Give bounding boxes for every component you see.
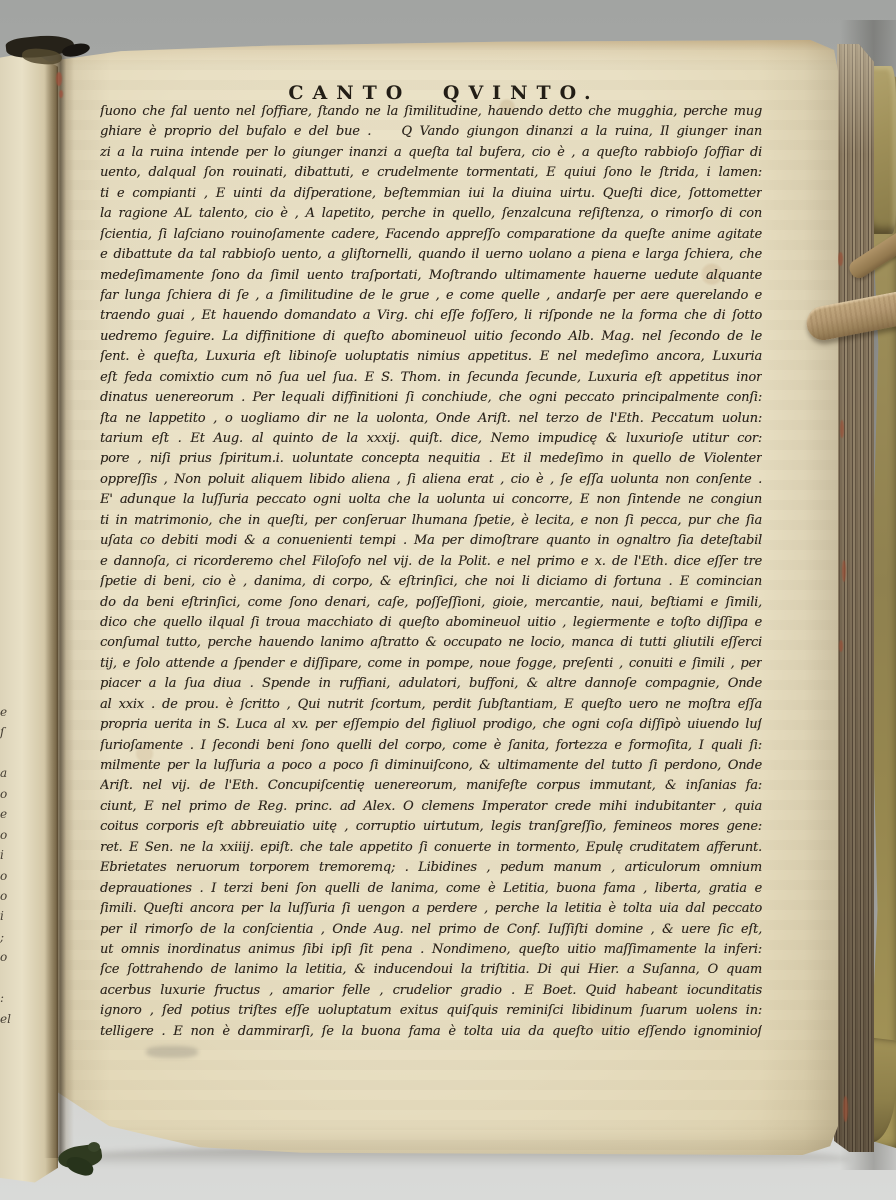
text-line: traendo guai , Et hauendo domandato a Vi… xyxy=(100,306,762,326)
edge-stain xyxy=(840,420,844,438)
text-line: e dibattute da tal rabbioſo uento, a gli… xyxy=(100,245,762,265)
text-line: pore , niſi prius ſpiritum.i. uoluntate … xyxy=(100,449,762,469)
text-line: tij, e ſolo attende a ſpender e diſſipar… xyxy=(100,654,762,674)
verso-text-fragment: o xyxy=(0,886,11,906)
text-line: uſata co debiti modi & a conuenienti tem… xyxy=(100,531,762,551)
text-line: oppreſſis , Non poluit aliquem libido al… xyxy=(100,470,762,490)
verso-text-fragment: o xyxy=(0,866,11,886)
edge-stain xyxy=(843,1096,848,1122)
gutter-shadow xyxy=(44,52,74,1158)
verso-text-fragment: o xyxy=(0,784,11,804)
text-line: uento, dalqual ſon rouinati, dibattuti, … xyxy=(100,163,762,183)
text-line: ſimili. Queſti ancora per la luſſuria ſi… xyxy=(100,899,762,919)
text-line: deprauationes . I terzi beni ſon quelli … xyxy=(100,879,762,899)
text-line: dinatus uenereorum . Per lequali diffini… xyxy=(100,388,762,408)
text-line: zi a la ruina intende per lo giunger ina… xyxy=(100,143,762,163)
text-line: ſpetie di beni, cio è , danima, di corpo… xyxy=(100,572,762,592)
text-line: al xxix . de prou. è ſcritto , Qui nutri… xyxy=(100,695,762,715)
verso-text-fragment: i xyxy=(0,845,11,865)
text-line: eſt feda comixtio cum nō ſua uel ſua. E … xyxy=(100,368,762,388)
text-line: piacer a la ſua diua . Spende in ruffian… xyxy=(100,674,762,694)
recto-page: CANTO QVINTO. ſuono che fal uento nel ſo… xyxy=(50,40,838,1155)
text-line: e dannoſa, ci ricorderemo chel Filoſofo … xyxy=(100,552,762,572)
text-line: telligere . E non è dammirarſi, ſe la bu… xyxy=(100,1022,762,1042)
faint-pencil-mark xyxy=(146,1046,198,1058)
verso-text-fragment: a xyxy=(0,763,11,783)
verso-text-fragment: e xyxy=(0,804,11,824)
verso-text-fragment: o xyxy=(0,825,11,845)
verso-text-fragment: el xyxy=(0,1009,11,1029)
text-line: ghiare è proprio del bufalo e del bue . … xyxy=(100,122,762,142)
text-line: Ebrietates neruorum torporem tremoremq; … xyxy=(100,858,762,878)
green-marker-remnant xyxy=(88,1142,100,1152)
edge-stain xyxy=(838,252,843,266)
verso-text-fragments: eſaoeoiooi;o:el xyxy=(0,702,11,1052)
gutter-red-stain xyxy=(56,72,62,86)
text-line: acerbus luxurie fructus , amarior felle … xyxy=(100,981,762,1001)
verso-text-fragment: ; xyxy=(0,927,11,947)
gutter-red-stain xyxy=(59,90,63,98)
text-line: ciunt, E nel primo de Reg. princ. ad Ale… xyxy=(100,797,762,817)
text-line: per il rimorſo de la conſcientia , Onde … xyxy=(100,920,762,940)
text-line: ſce ſottrahendo de lanimo la letitia, & … xyxy=(100,960,762,980)
text-line: medeſimamente ſono da ſimil uento traſpo… xyxy=(100,266,762,286)
edge-stain xyxy=(842,560,846,582)
text-line: tarium eſt . Et Aug. al quinto de la xxx… xyxy=(100,429,762,449)
text-line: E' adunque la luſſuria peccato ogni uolt… xyxy=(100,490,762,510)
text-line: ſent. è queſta, Luxuria eſt libinoſe uol… xyxy=(100,347,762,367)
text-line: ignoro , ſed potius triſtes eſſe uolupta… xyxy=(100,1001,762,1021)
text-line: Ariſt. nel vij. de l'Eth. Concupiſcentię… xyxy=(100,776,762,796)
text-line: ſuono che fal uento nel ſoffiare, ſtando… xyxy=(100,102,762,122)
text-line: do da beni eſtrinſici, come ſono denari,… xyxy=(100,593,762,613)
text-line: ti e compianti , E uinti da diſperatione… xyxy=(100,184,762,204)
verso-text-fragment: o xyxy=(0,947,11,967)
verso-text-fragment: ſ xyxy=(0,722,11,742)
text-line: ut omnis inordinatus animus ſibi ipſi ſi… xyxy=(100,940,762,960)
text-line: coitus corporis eſt abbreuiatio uitę , c… xyxy=(100,817,762,837)
running-title: CANTO QVINTO. xyxy=(50,82,838,104)
verso-text-fragment: e xyxy=(0,702,11,722)
text-line: propria uerita in S. Luca al xv. per eſſ… xyxy=(100,715,762,735)
commentary-text-block: ſuono che fal uento nel ſoffiare, ſtando… xyxy=(100,102,762,1046)
verso-text-fragment xyxy=(0,743,11,763)
text-line: ſurioſamente . I ſecondi beni ſono quell… xyxy=(100,736,762,756)
verso-text-fragment: i xyxy=(0,906,11,926)
verso-text-fragment xyxy=(0,968,11,988)
text-line: dico che quello ilqual ſi troua macchiat… xyxy=(100,613,762,633)
verso-text-fragment: : xyxy=(0,988,11,1008)
edge-stain xyxy=(839,640,843,652)
text-line: la ragione AL talento, cio è , A lapetit… xyxy=(100,204,762,224)
text-line: conſumal tutto, perche hauendo lanimo aſ… xyxy=(100,633,762,653)
page-block-fore-edge xyxy=(834,44,874,1152)
text-line: milmente per la luſſuria a poco a poco ſ… xyxy=(100,756,762,776)
book-photograph: CANTO QVINTO. ſuono che fal uento nel ſo… xyxy=(0,0,896,1200)
text-line: ſta ne lappetito , o uogliamo dir ne la … xyxy=(100,409,762,429)
text-line: ti in matrimonio, che in queſti, per con… xyxy=(100,511,762,531)
text-line: far lunga ſchiera di ſe , a ſimilitudine… xyxy=(100,286,762,306)
text-line: uedremo ſeguire. La diffinitione di queſ… xyxy=(100,327,762,347)
text-line: ſcientia, ſi laſciano rouinoſamente cade… xyxy=(100,225,762,245)
text-line: ret. E Sen. ne la xxiiij. epiſt. che tal… xyxy=(100,838,762,858)
